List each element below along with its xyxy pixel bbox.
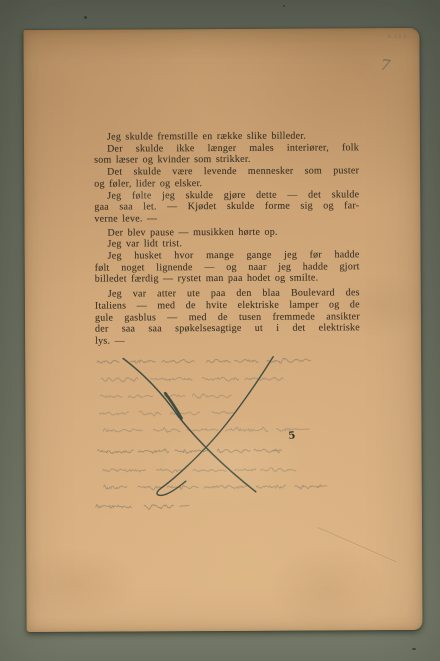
cross-out-stroke <box>156 357 274 496</box>
margin-mark: 5 <box>288 431 296 442</box>
backdrop-speck <box>84 16 87 19</box>
backdrop-speck <box>283 5 285 7</box>
manuscript-page: N 23 b 7 Jeg skulde fremstille en række … <box>23 28 422 632</box>
handwriting-line <box>98 448 282 454</box>
photo-backdrop: N 23 b 7 Jeg skulde fremstille en række … <box>0 0 440 661</box>
handwriting-line <box>104 427 310 433</box>
backdrop-speck <box>412 648 416 650</box>
handwriting-line <box>101 377 283 382</box>
handwriting-line <box>103 468 296 474</box>
handwriting-line <box>104 484 327 490</box>
handwriting-line <box>99 410 233 416</box>
handwriting-line <box>96 504 189 510</box>
handwriting-svg <box>23 28 422 632</box>
